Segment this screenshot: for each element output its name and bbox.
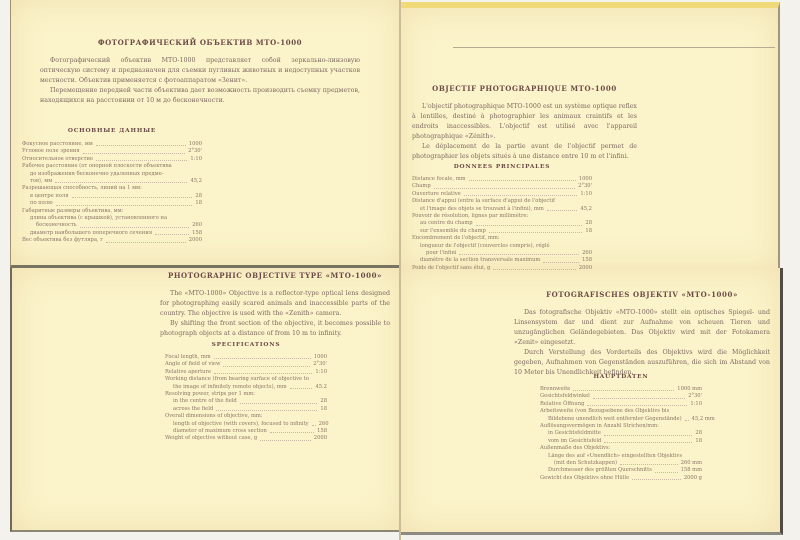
spec-value: 45,2 [190, 178, 202, 185]
spec-row: Вес объектива без футляра, г2000 [22, 237, 202, 244]
spec-label: Resolving power, strips per 1 mm: [165, 391, 255, 398]
spec-row: Working distance (from bearing surface o… [165, 376, 327, 383]
spec-value: 2000 [314, 435, 327, 442]
german-specs: HAUPTDATEN Brennweite1000 mmGesichtsfeld… [540, 374, 702, 482]
leader-dots [620, 464, 678, 465]
spec-label: Угловое поле зрения [22, 148, 80, 155]
spec-row: Габаритные размеры объектива, мм: [22, 208, 202, 215]
leader-dots [290, 388, 313, 389]
spec-row: Weight of objective without case, g2000 [165, 435, 327, 442]
leader-dots [476, 225, 583, 226]
spec-value: 18 [585, 228, 592, 235]
spec-label: Фокусное расстояние, мм [22, 141, 93, 148]
leader-dots [155, 234, 189, 235]
spec-label: Working distance (from bearing surface o… [165, 376, 309, 383]
spec-label: Weight of objective without case, g [165, 435, 257, 442]
spec-row: longueur de l'objectif (couvercles compr… [412, 243, 592, 250]
spec-row: et l'image des objets se trouvant à l'in… [412, 206, 592, 213]
spec-label: Außenmaße des Objektivs: [540, 445, 610, 452]
spec-label: et l'image des objets se trouvant à l'in… [412, 206, 544, 213]
spec-row: по полю18 [22, 200, 202, 207]
spec-label: Рабочее расстояние (от опорной плоскости… [22, 163, 172, 170]
spec-row: Resolving power, strips per 1 mm: [165, 391, 327, 398]
spec-label: Focal length, mm [165, 354, 211, 361]
french-specs: DONNEES PRINCIPALES Distance focale, mm1… [412, 164, 592, 272]
spec-value: 18 [195, 200, 202, 207]
spec-value: 1:10 [580, 191, 592, 198]
spec-value: 260 [319, 421, 329, 428]
spec-label: au centre du champ [412, 220, 473, 227]
spec-row: Overall dimensions of objective, mm: [165, 413, 327, 420]
spec-label: the image of infinitely remote objects),… [165, 384, 287, 391]
spec-label: diamètre de la section transversale maxi… [412, 257, 540, 264]
spec-value: 260 [192, 222, 202, 229]
spec-label: in Gesichtsfeldmitte [540, 430, 601, 437]
spec-row: Länge des auf «Unendlich» eingestellten … [540, 453, 702, 460]
russian-title: ФОТОГРАФИЧЕСКИЙ ОБЪЕКТИВ МТО-1000 [40, 38, 360, 47]
spec-value: 1000 [314, 354, 327, 361]
spec-row: in Gesichtsfeldmitte28 [540, 430, 702, 437]
spec-value: 158 mm [681, 467, 702, 474]
leader-dots [587, 405, 687, 406]
spec-label: Angle of field of view [165, 361, 220, 368]
russian-paragraph-2: Перемещение передней части объектива дае… [40, 86, 360, 106]
french-paragraph-1: L'objectif photographique MTO-1000 est u… [412, 102, 637, 142]
spec-value: 158 [192, 230, 202, 237]
spec-label: Gesichtsfeldwinkel [540, 393, 590, 400]
spec-label: Разрешающая способность, линий на 1 мм: [22, 185, 142, 192]
leader-dots [573, 390, 674, 391]
english-section: PHOTOGRAPHIC OBJECTIVE TYPE «MTO-1000» T… [160, 271, 390, 339]
spec-row: Focal length, mm1000 [165, 354, 327, 361]
spec-row: до изображения бесконечно удаленных пред… [22, 171, 202, 178]
spec-value: 260 mm [681, 460, 702, 467]
spec-row: Gesichtsfeldwinkel2°30' [540, 393, 702, 400]
leader-dots [72, 197, 193, 198]
english-specs-table: Focal length, mm1000Angle of field of vi… [165, 354, 327, 443]
spec-row: Фокусное расстояние, мм1000 [22, 141, 202, 148]
spec-row: Distance d'appui (entre la surface d'app… [412, 198, 592, 205]
spec-value: 45,2 mm [692, 416, 715, 423]
spec-label: sur l'ensemble du champ [412, 228, 486, 235]
english-specs: SPECIFICATIONS Focal length, mm1000Angle… [165, 342, 327, 443]
french-section: OBJECTIF PHOTOGRAPHIQUE MTO-1000 L'objec… [412, 84, 637, 162]
spec-value: 1:10 [190, 156, 202, 163]
spec-row: across the field18 [165, 406, 327, 413]
spec-label: бесконечность [22, 222, 77, 229]
spec-label: Champ [412, 183, 431, 190]
spec-value: 260 [582, 250, 592, 257]
header-rule [453, 47, 775, 48]
leader-dots [96, 145, 186, 146]
spec-label: Länge des auf «Unendlich» eingestellten … [540, 453, 682, 460]
spec-row: Разрешающая способность, линий на 1 мм: [22, 185, 202, 192]
spec-row: Рабочее расстояние (от опорной плоскости… [22, 163, 202, 170]
leader-dots [434, 188, 575, 189]
spec-row: Угловое поле зрения2°30' [22, 148, 202, 155]
spec-label: Brennweite [540, 386, 570, 393]
spec-label: Durchmesser des größten Querschnitts [540, 467, 652, 474]
spec-value: 18 [695, 438, 702, 445]
spec-value: 18 [320, 406, 327, 413]
spec-label: Габаритные размеры объектива, мм: [22, 208, 123, 215]
spec-value: 158 [582, 257, 592, 264]
spec-value: 1000 [579, 176, 592, 183]
spec-label: Poids de l'objectif sans étui, g [412, 265, 490, 272]
spec-row: Champ2°30' [412, 183, 592, 190]
leader-dots [106, 242, 186, 243]
leader-dots [214, 373, 312, 374]
spec-value: 1000 mm [677, 386, 702, 393]
spec-value: 2000 [579, 265, 592, 272]
spec-label: до изображения бесконечно удаленных пред… [22, 171, 163, 178]
russian-specs: ОСНОВНЫЕ ДАННЫЕ Фокусное расстояние, мм1… [22, 128, 202, 245]
spec-value: 2000 g [684, 475, 702, 482]
leader-dots [489, 232, 583, 233]
german-specs-heading: HAUPTDATEN [540, 374, 702, 380]
leader-dots [593, 398, 685, 399]
spec-row: бесконечность260 [22, 222, 202, 229]
spec-label: Distance focale, mm [412, 176, 466, 183]
leader-dots [223, 366, 310, 367]
spec-row: au centre du champ28 [412, 220, 592, 227]
leader-dots [96, 160, 187, 161]
german-paragraph-1: Das fotografische Objektiv «MTO-1000» st… [514, 308, 770, 348]
leader-dots [80, 227, 189, 228]
spec-value: 1000 [189, 141, 202, 148]
spec-row: diamètre de la section transversale maxi… [412, 257, 592, 264]
leader-dots [604, 442, 692, 443]
spec-row: diameter of maximum cross section158 [165, 428, 327, 435]
spec-label: Encombrement de l'objectif, mm: [412, 235, 500, 242]
russian-specs-heading: ОСНОВНЫЕ ДАННЫЕ [22, 128, 202, 134]
spec-label: Distance d'appui (entre la surface d'app… [412, 198, 555, 205]
spec-value: 1:10 [315, 369, 327, 376]
spec-label: Overall dimensions of objective, mm: [165, 413, 263, 420]
english-paragraph-1: The «MTO-1000» Objective is a reflector-… [160, 289, 390, 319]
spec-label: diameter of maximum cross section [165, 428, 267, 435]
spec-label: по полю [22, 200, 53, 207]
spec-value: 2°30' [313, 361, 327, 368]
spec-label: Auflösungsvermögen in Anzahl Strichen/mm… [540, 423, 659, 430]
leader-dots [464, 195, 578, 196]
german-section: FOTOGRAFISCHES OBJEKTIV «MTO-1000» Das f… [514, 290, 770, 378]
spec-row: Bildebene unendlich weit entfernter Gege… [540, 416, 702, 423]
leader-dots [312, 425, 316, 426]
spec-row: (mit den Schutzkappen)260 mm [540, 460, 702, 467]
spec-row: Angle of field of view2°30' [165, 361, 327, 368]
spec-label: across the field [165, 406, 213, 413]
spec-row: sur l'ensemble du champ18 [412, 228, 592, 235]
leader-dots [655, 472, 678, 473]
spec-value: 28 [320, 398, 327, 405]
french-title: OBJECTIF PHOTOGRAPHIQUE MTO-1000 [412, 84, 637, 93]
spec-value: 2°30' [578, 183, 592, 190]
spec-label: (mit den Schutzkappen) [540, 460, 617, 467]
french-specs-heading: DONNEES PRINCIPALES [412, 164, 592, 170]
spec-label: Bildebene unendlich weit entfernter Gege… [540, 416, 682, 423]
russian-paragraph-1: Фотографический объектив МТО-1000 предст… [40, 56, 360, 86]
spec-row: Encombrement de l'objectif, mm: [412, 235, 592, 242]
spec-row: Durchmesser des größten Querschnitts158 … [540, 467, 702, 474]
leader-dots [543, 262, 579, 263]
spec-label: Вес объектива без футляра, г [22, 237, 103, 244]
spec-row: in the centre of the field28 [165, 398, 327, 405]
leader-dots [216, 410, 317, 411]
leader-dots [547, 210, 578, 211]
english-title: PHOTOGRAPHIC OBJECTIVE TYPE «MTO-1000» [160, 271, 390, 280]
spec-row: Auflösungsvermögen in Anzahl Strichen/mm… [540, 423, 702, 430]
leader-dots [604, 435, 692, 436]
german-title: FOTOGRAFISCHES OBJEKTIV «MTO-1000» [514, 290, 770, 299]
leader-dots [240, 403, 318, 404]
fold-crease [399, 0, 401, 540]
spec-row: Pouvoir de résolution, lignes par millim… [412, 213, 592, 220]
english-paragraph-2: By shifting the front section of the obj… [160, 319, 390, 339]
spec-label: vom im Gesichtsfeld [540, 438, 601, 445]
spec-value: 2000 [189, 237, 202, 244]
spec-value: 45.2 [315, 384, 327, 391]
leader-dots [214, 358, 311, 359]
spec-row: length of objective (with covers), focus… [165, 421, 327, 428]
spec-row: vom im Gesichtsfeld18 [540, 438, 702, 445]
spec-label: longueur de l'objectif (couvercles compr… [412, 243, 550, 250]
spec-row: в центре поля28 [22, 193, 202, 200]
spec-label: Arbeitsweite (von Bezugsebene des Objekt… [540, 408, 669, 415]
spec-value: 45,2 [580, 206, 592, 213]
leader-dots [459, 254, 579, 255]
spec-label: в центре поля [22, 193, 69, 200]
leader-dots [270, 432, 314, 433]
leader-dots [493, 269, 575, 270]
spec-row: Poids de l'objectif sans étui, g2000 [412, 265, 592, 272]
russian-specs-table: Фокусное расстояние, мм1000Угловое поле … [22, 141, 202, 245]
spec-label: length of objective (with covers), focus… [165, 421, 309, 428]
leader-dots [469, 180, 576, 181]
spec-label: Gewicht des Objektivs ohne Hülle [540, 475, 629, 482]
french-specs-table: Distance focale, mm1000Champ2°30'Ouvertu… [412, 176, 592, 272]
spec-value: 1:10 [690, 401, 702, 408]
spec-row: the image of infinitely remote objects),… [165, 384, 327, 391]
german-description: Das fotografische Objektiv «MTO-1000» st… [514, 308, 770, 378]
russian-section: ФОТОГРАФИЧЕСКИЙ ОБЪЕКТИВ МТО-1000 Фотогр… [40, 38, 360, 106]
spec-row: Distance focale, mm1000 [412, 176, 592, 183]
leader-dots [83, 153, 185, 154]
leader-dots [260, 440, 311, 441]
spec-value: 158 [317, 428, 327, 435]
spec-value: 28 [195, 193, 202, 200]
spec-label: in the centre of the field [165, 398, 237, 405]
spec-row: Gewicht des Objektivs ohne Hülle2000 g [540, 475, 702, 482]
french-description: L'objectif photographique MTO-1000 est u… [412, 102, 637, 162]
spec-value: 28 [585, 220, 592, 227]
spec-label: Pouvoir de résolution, lignes par millim… [412, 213, 528, 220]
spec-value: 2°30' [688, 393, 702, 400]
leader-dots [685, 420, 689, 421]
german-specs-table: Brennweite1000 mmGesichtsfeldwinkel2°30'… [540, 386, 702, 482]
russian-description: Фотографический объектив МТО-1000 предст… [40, 56, 360, 106]
spec-row: Arbeitsweite (von Bezugsebene des Objekt… [540, 408, 702, 415]
english-specs-heading: SPECIFICATIONS [165, 342, 327, 348]
leader-dots [55, 182, 187, 183]
english-description: The «MTO-1000» Objective is a reflector-… [160, 289, 390, 339]
french-paragraph-2: Le déplacement de la partie avant de l'o… [412, 142, 637, 162]
spec-value: 2°30' [188, 148, 202, 155]
spec-value: 28 [695, 430, 702, 437]
spec-row: Außenmaße des Objektivs: [540, 445, 702, 452]
spec-row: Brennweite1000 mm [540, 386, 702, 393]
leader-dots [56, 205, 193, 206]
leader-dots [632, 479, 681, 480]
